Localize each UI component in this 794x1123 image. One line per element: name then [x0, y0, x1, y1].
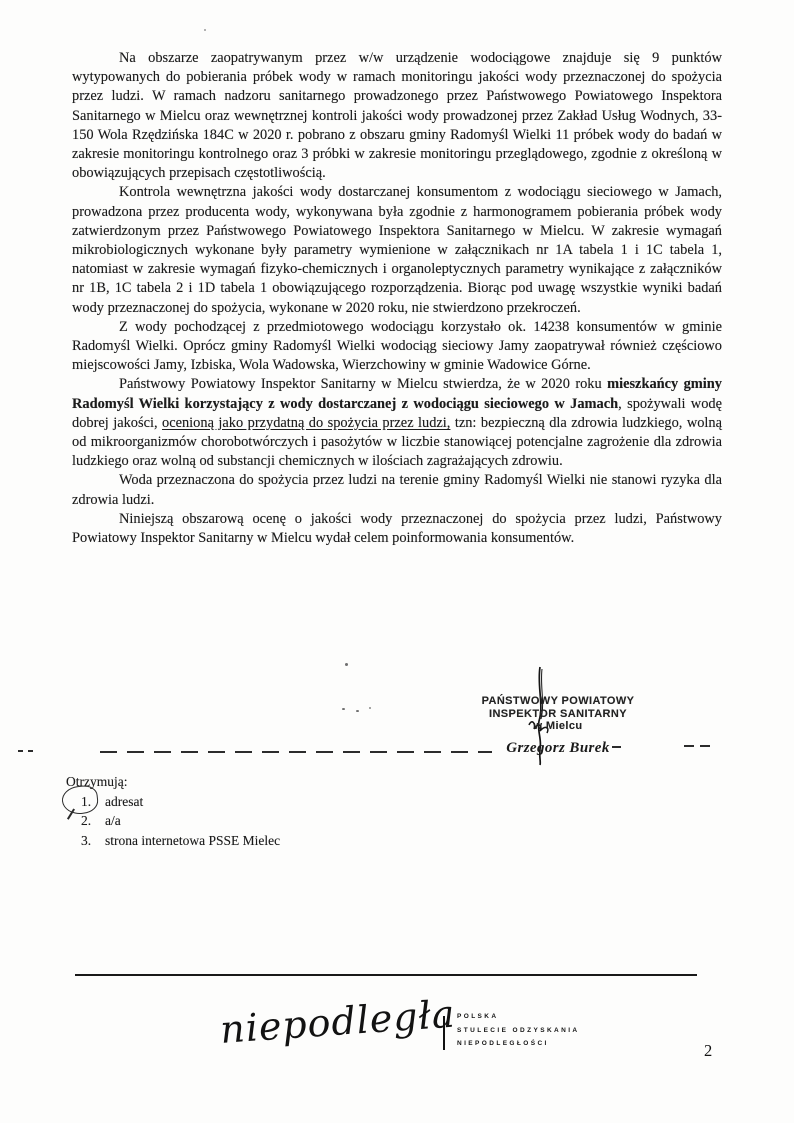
assessment-underlined-text: ocenioną jako przydatną do spożycia prze… — [162, 415, 450, 431]
scan-speck — [204, 29, 206, 31]
scan-speck — [342, 708, 345, 710]
paragraph-consumers: Z wody pochodzącej z przedmiotowego wodo… — [72, 318, 722, 376]
stamp-city-line: w Mielcu — [470, 720, 646, 733]
distribution-item-2: 2.a/a — [66, 811, 280, 831]
paragraph-internal-control: Kontrola wewnętrzna jakości wody dostarc… — [72, 183, 722, 317]
dashed-rule-segment-main — [100, 751, 492, 753]
distribution-item-3-label: strona internetowa PSSE Mielec — [105, 833, 280, 848]
paragraph-sampling-points: Na obszarze zaopatrywanym przez w/w urzą… — [72, 49, 722, 183]
inspector-stamp: PAŃSTWOWY POWIATOWY INSPEKTOR SANITARNY … — [470, 695, 646, 733]
scan-speck — [356, 710, 359, 712]
distribution-item-3: 3.strona internetowa PSSE Mielec — [66, 831, 280, 851]
scan-speck — [345, 663, 348, 666]
dashed-rule-segment-after-name — [612, 746, 621, 748]
dashed-rule-segment-right — [684, 745, 714, 747]
distribution-item-2-label: a/a — [105, 813, 121, 828]
distribution-heading: Otrzymują: — [66, 772, 280, 792]
niepodlegla-logo-script: niepodległa — [219, 992, 450, 1052]
scan-speck — [369, 707, 371, 709]
distribution-item-2-number: 2. — [81, 811, 105, 831]
scanned-letter-page: Na obszarze zaopatrywanym przez w/w urzą… — [0, 0, 794, 1123]
page-number: 2 — [704, 1041, 712, 1061]
distribution-list: Otrzymują: 1.adresat 2.a/a 3.strona inte… — [66, 772, 280, 850]
signatory-name: Grzegorz Burek — [470, 740, 646, 757]
paragraph-assessment: Państwowy Powiatowy Inspektor Sanitarny … — [72, 375, 722, 471]
logo-divider-bar — [443, 1016, 445, 1050]
stamp-title-line2: INSPEKTOR SANITARNY — [470, 708, 646, 721]
letter-body: Na obszarze zaopatrywanym przez w/w urzą… — [72, 49, 722, 548]
assessment-lead-text: Państwowy Powiatowy Inspektor Sanitarny … — [119, 376, 607, 392]
paragraph-closing: Niniejszą obszarową ocenę o jakości wody… — [72, 510, 722, 548]
logo-caption: POLSKA STULECIE ODZYSKANIA NIEPODLEGŁOŚC… — [457, 1010, 580, 1051]
distribution-item-1-label: adresat — [105, 794, 143, 809]
dashed-rule-segment-left — [18, 750, 36, 752]
distribution-item-3-number: 3. — [81, 831, 105, 851]
footer-rule — [75, 974, 697, 976]
logo-caption-line3: NIEPODLEGŁOŚCI — [457, 1037, 580, 1051]
stamp-title-line1: PAŃSTWOWY POWIATOWY — [470, 695, 646, 708]
logo-caption-line2: STULECIE ODZYSKANIA — [457, 1024, 580, 1038]
paragraph-no-risk: Woda przeznaczona do spożycia przez ludz… — [72, 471, 722, 509]
logo-caption-line1: POLSKA — [457, 1010, 580, 1024]
